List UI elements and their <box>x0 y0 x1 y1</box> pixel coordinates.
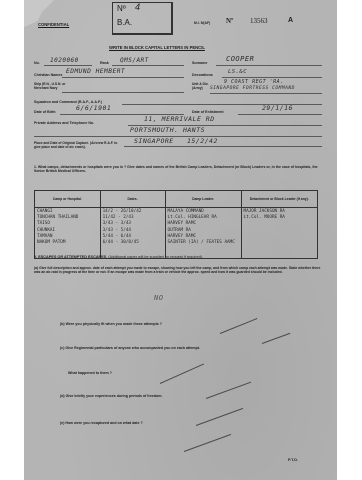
enlistment-value: 29/1/16 <box>262 104 293 112</box>
dob-label: Date of Birth <box>34 110 56 114</box>
capture-label: Place and Date of Original Capture. (Air… <box>34 141 124 149</box>
ba-label: B.A. <box>117 18 132 27</box>
form-no-label: Nº <box>226 17 233 25</box>
camps-table: Camp or Hospital. Dates. Camp Leader. De… <box>34 190 318 259</box>
unit-value-line1: 9 COAST REGT 'RA. <box>224 79 284 85</box>
question-2a: (a) Give full description and approx. da… <box>34 266 326 275</box>
form-series: A <box>288 17 293 24</box>
form-number: 13563 <box>250 17 268 25</box>
question-2b: (b) Were you physically fit when you mad… <box>60 322 162 326</box>
ba-no-label: Nº <box>117 4 126 13</box>
confidential-label: CONFIDENTIAL <box>38 22 69 27</box>
col-camp: Camp or Hospital. <box>35 191 101 208</box>
enlistment-label: Date of Enlistment <box>192 110 224 114</box>
ba-number-box: Nº 4 B.A. <box>112 2 173 35</box>
pen-stroke <box>184 434 231 452</box>
table-row: CHANGI TONCHAN THAILAND TAISO CHUNKAI TA… <box>35 208 318 259</box>
christian-names-label: Christian Names <box>34 73 62 77</box>
surname-label: Surname <box>192 61 207 65</box>
pen-stroke <box>220 318 257 334</box>
pen-stroke <box>196 408 243 426</box>
christian-names-value: EDMUND HEMBERT <box>66 68 125 75</box>
ba-no-value: 4 <box>135 3 141 13</box>
section1-question: 1. What camps, detachments or hospitals … <box>34 165 324 174</box>
surname-value: COOPER <box>226 55 254 63</box>
leader-cell: MALAYA COMMAND Lt.Col. HINGLEAR RA HARVE… <box>165 208 241 259</box>
table-header-row: Camp or Hospital. Dates. Camp Leader. De… <box>35 191 318 208</box>
detachment-value: Lt.Col. MOORE RA <box>244 215 316 221</box>
address-label: Private Address and Telephone No. <box>34 121 94 125</box>
capture-value: SINGAPORE 15/2/42 <box>134 137 218 145</box>
address-value-line2: PORTSMOUTH. HANTS <box>130 126 205 134</box>
pen-stroke <box>262 333 291 344</box>
section2-heading: 2. ESCAPES OR ATTEMPTED ESCAPES. (Additi… <box>34 255 203 259</box>
question-2c: (c) Give Regimental particulars of anyon… <box>60 346 200 350</box>
no-value: 1020060 <box>50 57 79 64</box>
ship-label: Ship (R.N., U.S.N. or Merchant Navy <box>34 82 74 90</box>
question-2e: (e) How were you recaptured and on what … <box>60 421 143 425</box>
unit-label: Unit & Div. (Army) <box>192 82 212 90</box>
rank-label: Rank <box>100 61 109 65</box>
pen-stroke <box>206 382 251 399</box>
question-2d: (d) Give briefly your experiences during… <box>60 394 162 398</box>
col-dates: Dates. <box>100 191 165 208</box>
answer-2a: NO <box>154 294 163 302</box>
form-reference: M.I. 9/(AF) <box>194 21 210 25</box>
pto-label: P.T.O. <box>288 458 298 462</box>
col-camp-leader: Camp Leader. <box>165 191 241 208</box>
camp-cell: CHANGI TONCHAN THAILAND TAISO CHUNKAI TA… <box>35 208 101 259</box>
dates-value: 6/44 - 30/8/45 <box>103 240 163 246</box>
address-value-line1: 11, MERRIVALE RD <box>144 115 215 123</box>
unit-value-line2: SINGAPORE FORTRESS COMMAND <box>210 86 295 91</box>
no-label: No. <box>34 61 40 65</box>
section2-note: (Additional paper will be supplied on re… <box>108 255 203 259</box>
document-page: CONFIDENTIAL Nº 4 B.A. M.I. 9/(AF) Nº 13… <box>24 0 337 480</box>
instruction-heading: WRITE IN BLOCK CAPITAL LETTERS IN PENCIL <box>109 45 205 50</box>
leader-value: SAINTER (IA) / FEATES AAMC <box>168 240 239 246</box>
decorations-value: LS.&C <box>228 69 247 75</box>
rank-value: QMS/ART <box>120 57 149 64</box>
col-detachment-leader: Detachment or Block Leader (if any). <box>241 191 318 208</box>
section2-title: 2. ESCAPES OR ATTEMPTED ESCAPES. <box>34 255 107 259</box>
dob-value: 6/6/1901 <box>76 104 111 112</box>
camp-value: NAKOM PATOM <box>37 240 98 246</box>
decorations-label: Decorations <box>192 73 213 77</box>
question-2c-followup: What happened to them ? <box>68 371 112 375</box>
dates-cell: 14/2 - 26/10/42 11/42 - 2/43 3/43 - 3/43… <box>100 208 165 259</box>
detachment-cell: MAJOR JACKSON RA Lt.Col. MOORE RA <box>241 208 318 259</box>
pen-stroke <box>160 364 204 384</box>
